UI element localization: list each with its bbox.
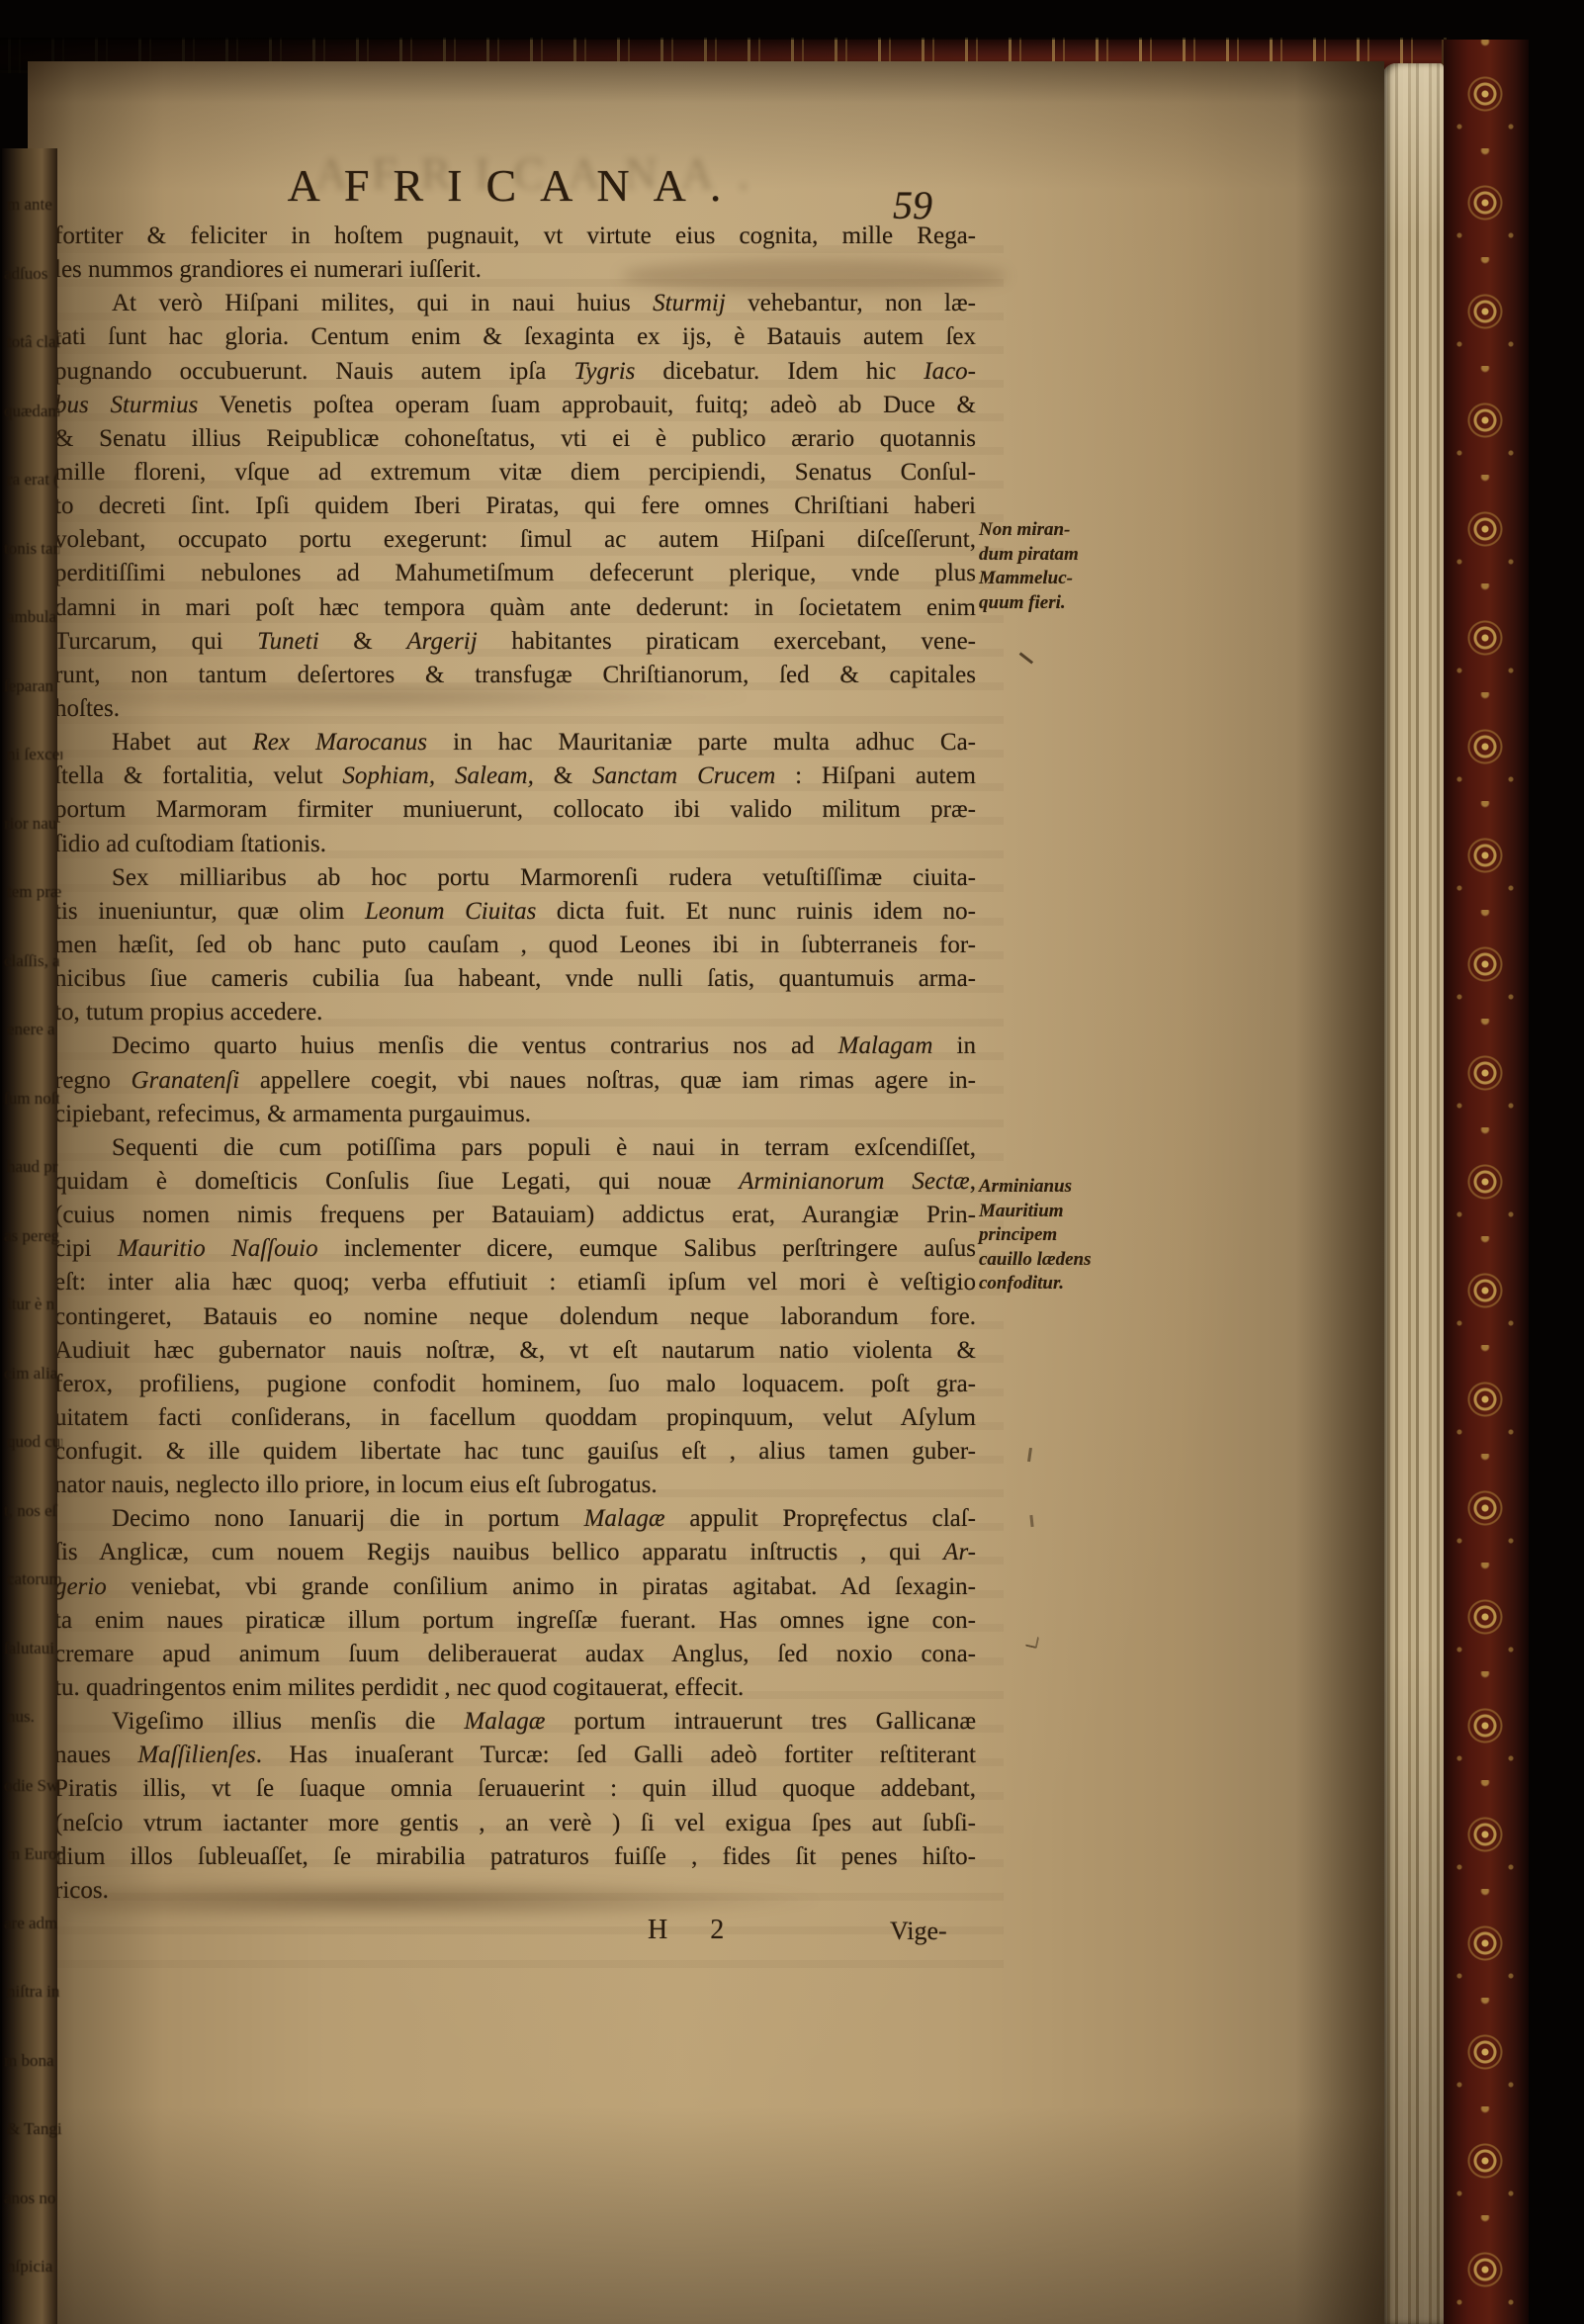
- text-line: Sex milliaribus ab hoc portu Marmorenſi …: [54, 861, 976, 895]
- page-top-shadow: [28, 61, 1384, 190]
- book-photo: AFRICANA. 59 fortiter & feliciter in hoſ…: [0, 0, 1584, 2324]
- text-line: naues Maſſilienſes. Has inuaſerant Turcæ…: [54, 1739, 976, 1772]
- gutter-fragment: rior nau: [4, 789, 59, 858]
- pen-mark: [1025, 1635, 1039, 1649]
- gutter-fragment: itur è n: [7, 1270, 62, 1339]
- text-line: ferox, profiliens, pugione confodit homi…: [54, 1368, 976, 1401]
- text-line: ſidio ad cuſtodiam ſtationis.: [54, 828, 976, 861]
- gutter-fragment: tem præg: [7, 857, 62, 927]
- text-line: uitatem facti conſiderans, in facellum q…: [54, 1401, 976, 1435]
- text-line: dium illos ſubleuaſſet, ſe mirabilia pat…: [54, 1840, 976, 1874]
- text-line: regno Granatenſi appellere coegit, vbi n…: [54, 1064, 976, 1098]
- gutter-fragment: m Europ: [7, 1820, 62, 1889]
- signature-mark: H 2: [648, 1915, 736, 1946]
- book-page: AFRICANA. 59 fortiter & feliciter in hoſ…: [28, 61, 1384, 2324]
- text-line: bus Sturmius Venetis poſtea operam ſuam …: [54, 389, 976, 422]
- gutter-fragment: nſpicia: [7, 2232, 62, 2301]
- gutter-fragment: claſſis, a: [4, 927, 59, 996]
- text-line: les nummos grandiores ei numerari iuſſer…: [54, 253, 976, 287]
- text-line: Vigeſimo illius menſis die Malagæ portum…: [54, 1705, 976, 1739]
- gutter-fragment: ſalutaui: [4, 1614, 59, 1683]
- margin-note-line: Mammeluc-: [979, 567, 1129, 591]
- text-line: (neſcio vtrum iactanter more gentis , an…: [54, 1807, 976, 1840]
- text-line: ſtella & fortalitia, velut Sophiam, Sale…: [54, 760, 976, 793]
- text-line: cipi Mauritio Naſſouio inclementer dicer…: [54, 1232, 976, 1266]
- text-line: men hæſit, ſed ob hanc puto cauſam , quo…: [54, 929, 976, 962]
- margin-note-line: dum piratam: [979, 543, 1129, 568]
- margin-note-arminian: ArminianusMauritiumprincipemcauillo læde…: [979, 1175, 1129, 1296]
- gutter-fragment: totâ claſ: [7, 308, 62, 377]
- gutter-fragment: ambula: [7, 582, 62, 652]
- text-line: tati ſunt hac gloria. Centum enim & ſexa…: [54, 320, 976, 354]
- margin-note-line: quum fieri.: [979, 591, 1129, 616]
- gutter-fragment: t, nos eſ: [4, 1476, 59, 1546]
- gutter-fragment: ſeparan: [4, 652, 59, 721]
- text-line: Decimo nono Ianuarij die in portum Malag…: [54, 1502, 976, 1536]
- gutter-fragment: m ante: [7, 170, 62, 239]
- gutter-fragment: ſum noſt: [4, 1064, 59, 1133]
- gutter-fragment: catorum: [7, 1545, 62, 1614]
- text-line: fortiter & feliciter in hoſtem pugnauit,…: [54, 220, 976, 253]
- text-line: pugnando occubuerunt. Nauis autem ipſa T…: [54, 355, 976, 389]
- text-line: Turcarum, qui Tuneti & Argerij habitante…: [54, 625, 976, 659]
- margin-note-line: Non miran-: [979, 518, 1129, 543]
- margin-note-line: cauillo lædens: [979, 1248, 1129, 1273]
- text-line: nator nauis, neglecto illo priore, in lo…: [54, 1469, 976, 1502]
- pen-mark: [1027, 1448, 1032, 1462]
- facing-page-fragments: m anteadſuostotâ claſquædamra erat (toni…: [4, 170, 59, 2301]
- text-line: to decreti ſint. Ipſi quidem Iberi Pirat…: [54, 490, 976, 523]
- page-bottom-shadow: [28, 2106, 1384, 2324]
- gutter-fragment: nus.: [7, 1682, 62, 1751]
- text-line: Decimo quarto huius menſis die ventus co…: [54, 1029, 976, 1063]
- gutter-fragment: cim alia: [4, 1339, 59, 1408]
- page-stack-edge: [1382, 63, 1444, 2324]
- gutter-fragment: as pereg: [4, 1202, 59, 1271]
- text-line: hoſtes.: [54, 692, 976, 726]
- text-line: Audiuit hæc gubernator nauis noſtræ, &, …: [54, 1334, 976, 1368]
- page-right-shadow: [1295, 61, 1384, 2324]
- gutter-fragment: odie Sw: [4, 1751, 59, 1821]
- text-line: ta enim naues piraticæ illum portum ingr…: [54, 1604, 976, 1638]
- text-line: Habet aut Rex Marocanus in hac Mauritani…: [54, 726, 976, 760]
- text-line: contingeret, Batauis eo nomine neque dol…: [54, 1300, 976, 1334]
- text-line: ricos.: [54, 1874, 976, 1908]
- text-line: tu. quadringentos enim milites perdidit …: [54, 1671, 976, 1705]
- binding-fore-edge: [1442, 40, 1529, 2324]
- margin-note-line: Arminianus: [979, 1175, 1129, 1200]
- text-line: mille floreni, vſque ad extremum vitæ di…: [54, 456, 976, 490]
- text-line: damni in mari poſt hæc tempora quàm ante…: [54, 591, 976, 625]
- pen-mark: [1019, 652, 1033, 664]
- text-line: & Senatu illius Reipublicæ cohoneſtatus,…: [54, 422, 976, 456]
- margin-note-line: confoditur.: [979, 1272, 1129, 1296]
- gutter-fragment: anos no: [4, 2164, 59, 2233]
- margin-note-line: Mauritium: [979, 1200, 1129, 1224]
- text-line: nicibus ſiue cameris cubilia ſua habeant…: [54, 962, 976, 996]
- text-line: Sequenti die cum potiſſima pars populi è…: [54, 1131, 976, 1165]
- gutter-fragment: ni ſexcen: [7, 720, 62, 789]
- text-line: cipiebant, refecimus, & armamenta purgau…: [54, 1098, 976, 1131]
- text-line: confugit. & ille quidem libertate hac tu…: [54, 1435, 976, 1469]
- text-line: eſt: inter alia hæc quoq; verba effutiui…: [54, 1266, 976, 1299]
- text-line: At verò Hiſpani milites, qui in naui hui…: [54, 287, 976, 320]
- text-line: perditiſſimi nebulones ad Mahumetiſmum d…: [54, 557, 976, 590]
- text-line: quidam è domeſticis Conſulis ſiue Legati…: [54, 1165, 976, 1199]
- margin-note-piracy: Non miran-dum piratamMammeluc-quum fieri…: [979, 518, 1129, 615]
- body-text: fortiter & feliciter in hoſtem pugnauit,…: [54, 220, 976, 1908]
- gutter-fragment: m bona: [4, 2026, 59, 2096]
- gutter-fragment: are adm: [4, 1889, 59, 1958]
- text-line: Piratis illis, vt ſe ſuaque omnia ſeruau…: [54, 1772, 976, 1806]
- pen-mark: [1029, 1515, 1033, 1527]
- catchword: Vige-: [890, 1917, 947, 1946]
- gutter-fragment: quædam: [4, 377, 59, 446]
- text-line: to, tutum propius accedere.: [54, 996, 976, 1029]
- text-line: portum Marmoram firmiter muniuerunt, col…: [54, 793, 976, 827]
- gutter-fragment: ra erat (: [7, 445, 62, 514]
- text-line: ſis Anglicæ, cum nouem Regijs nauibus be…: [54, 1536, 976, 1569]
- gutter-fragment: niſtra in: [7, 1957, 62, 2026]
- gutter-fragment: quod cum: [7, 1407, 62, 1476]
- text-line: runt, non tantum deſertores & transfugæ …: [54, 659, 976, 692]
- text-line: (cuius nomen nimis frequens per Batauiam…: [54, 1199, 976, 1232]
- text-line: tis inueniuntur, quæ olim Leonum Ciuitas…: [54, 895, 976, 929]
- gutter-fragment: adſuos: [4, 239, 59, 309]
- gutter-fragment: tonis tam: [4, 514, 59, 583]
- gutter-fragment: haud pr: [7, 1132, 62, 1202]
- text-line: gerio veniebat, vbi grande conſilium ani…: [54, 1570, 976, 1604]
- gutter-fragment: enere a: [7, 995, 62, 1064]
- gutter-fragment: & Tangi: [7, 2095, 62, 2164]
- text-line: cremare apud animum ſuum deliberauerat a…: [54, 1638, 976, 1671]
- margin-note-line: principem: [979, 1223, 1129, 1248]
- text-line: volebant, occupato portu exegerunt: ſimu…: [54, 523, 976, 557]
